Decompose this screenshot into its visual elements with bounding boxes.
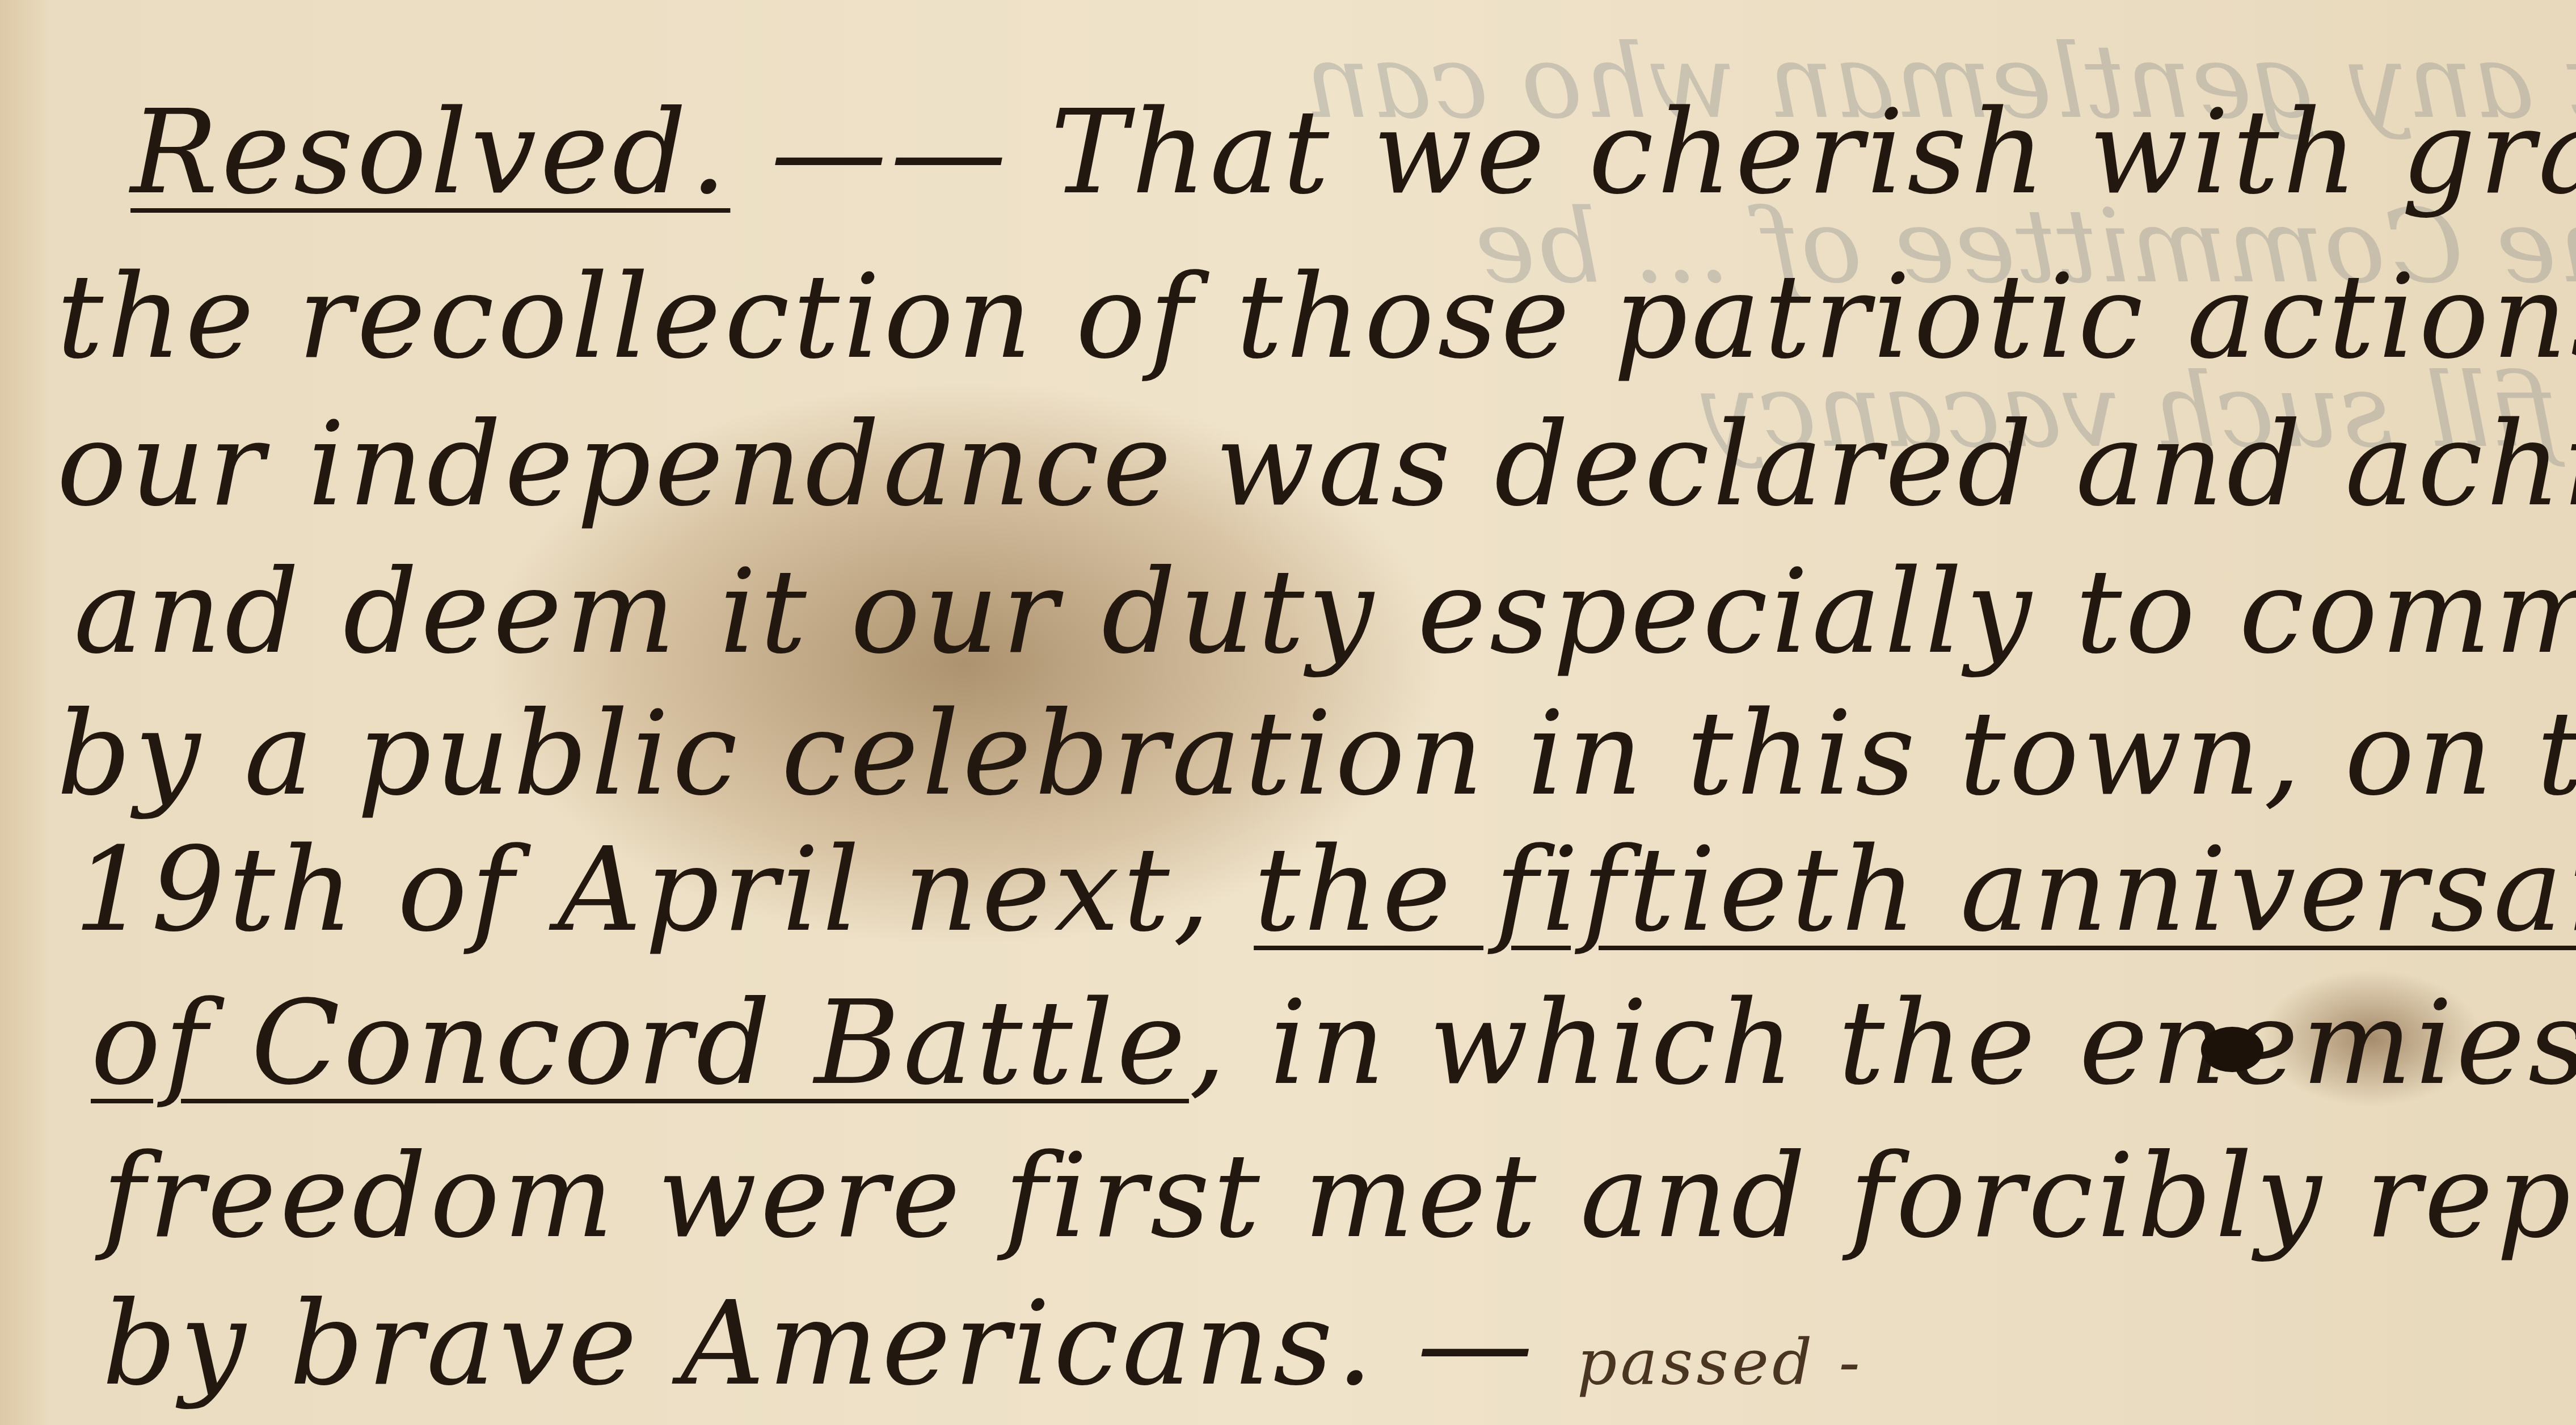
underlined-phrase: the fiftieth anniversary [1254,823,2576,958]
passed-annotation: passed - [1577,1326,1864,1398]
line-6: 19th of April next, the fiftieth anniver… [74,823,2576,958]
line-8: freedom were first met and forcibly repu… [102,1129,2576,1264]
line-1: Resolved. —— That we cherish with gratit… [130,85,2576,220]
line-3: our independance was declared and achiev… [57,397,2576,532]
line-4: and deem it our duty especially to comme… [74,545,2576,680]
ink-blot [2201,1027,2263,1072]
line-5: by a public celebration in this town, on… [57,686,2576,821]
resolved-heading: Resolved. [130,85,730,220]
underlined-phrase: of Concord Battle [91,976,1189,1111]
line-9: by brave Americans. — passed - [102,1276,1864,1411]
manuscript-page: that any gentleman who can the Committee… [0,0,2576,1425]
line-2: the recollection of those patriotic acti… [57,250,2576,385]
